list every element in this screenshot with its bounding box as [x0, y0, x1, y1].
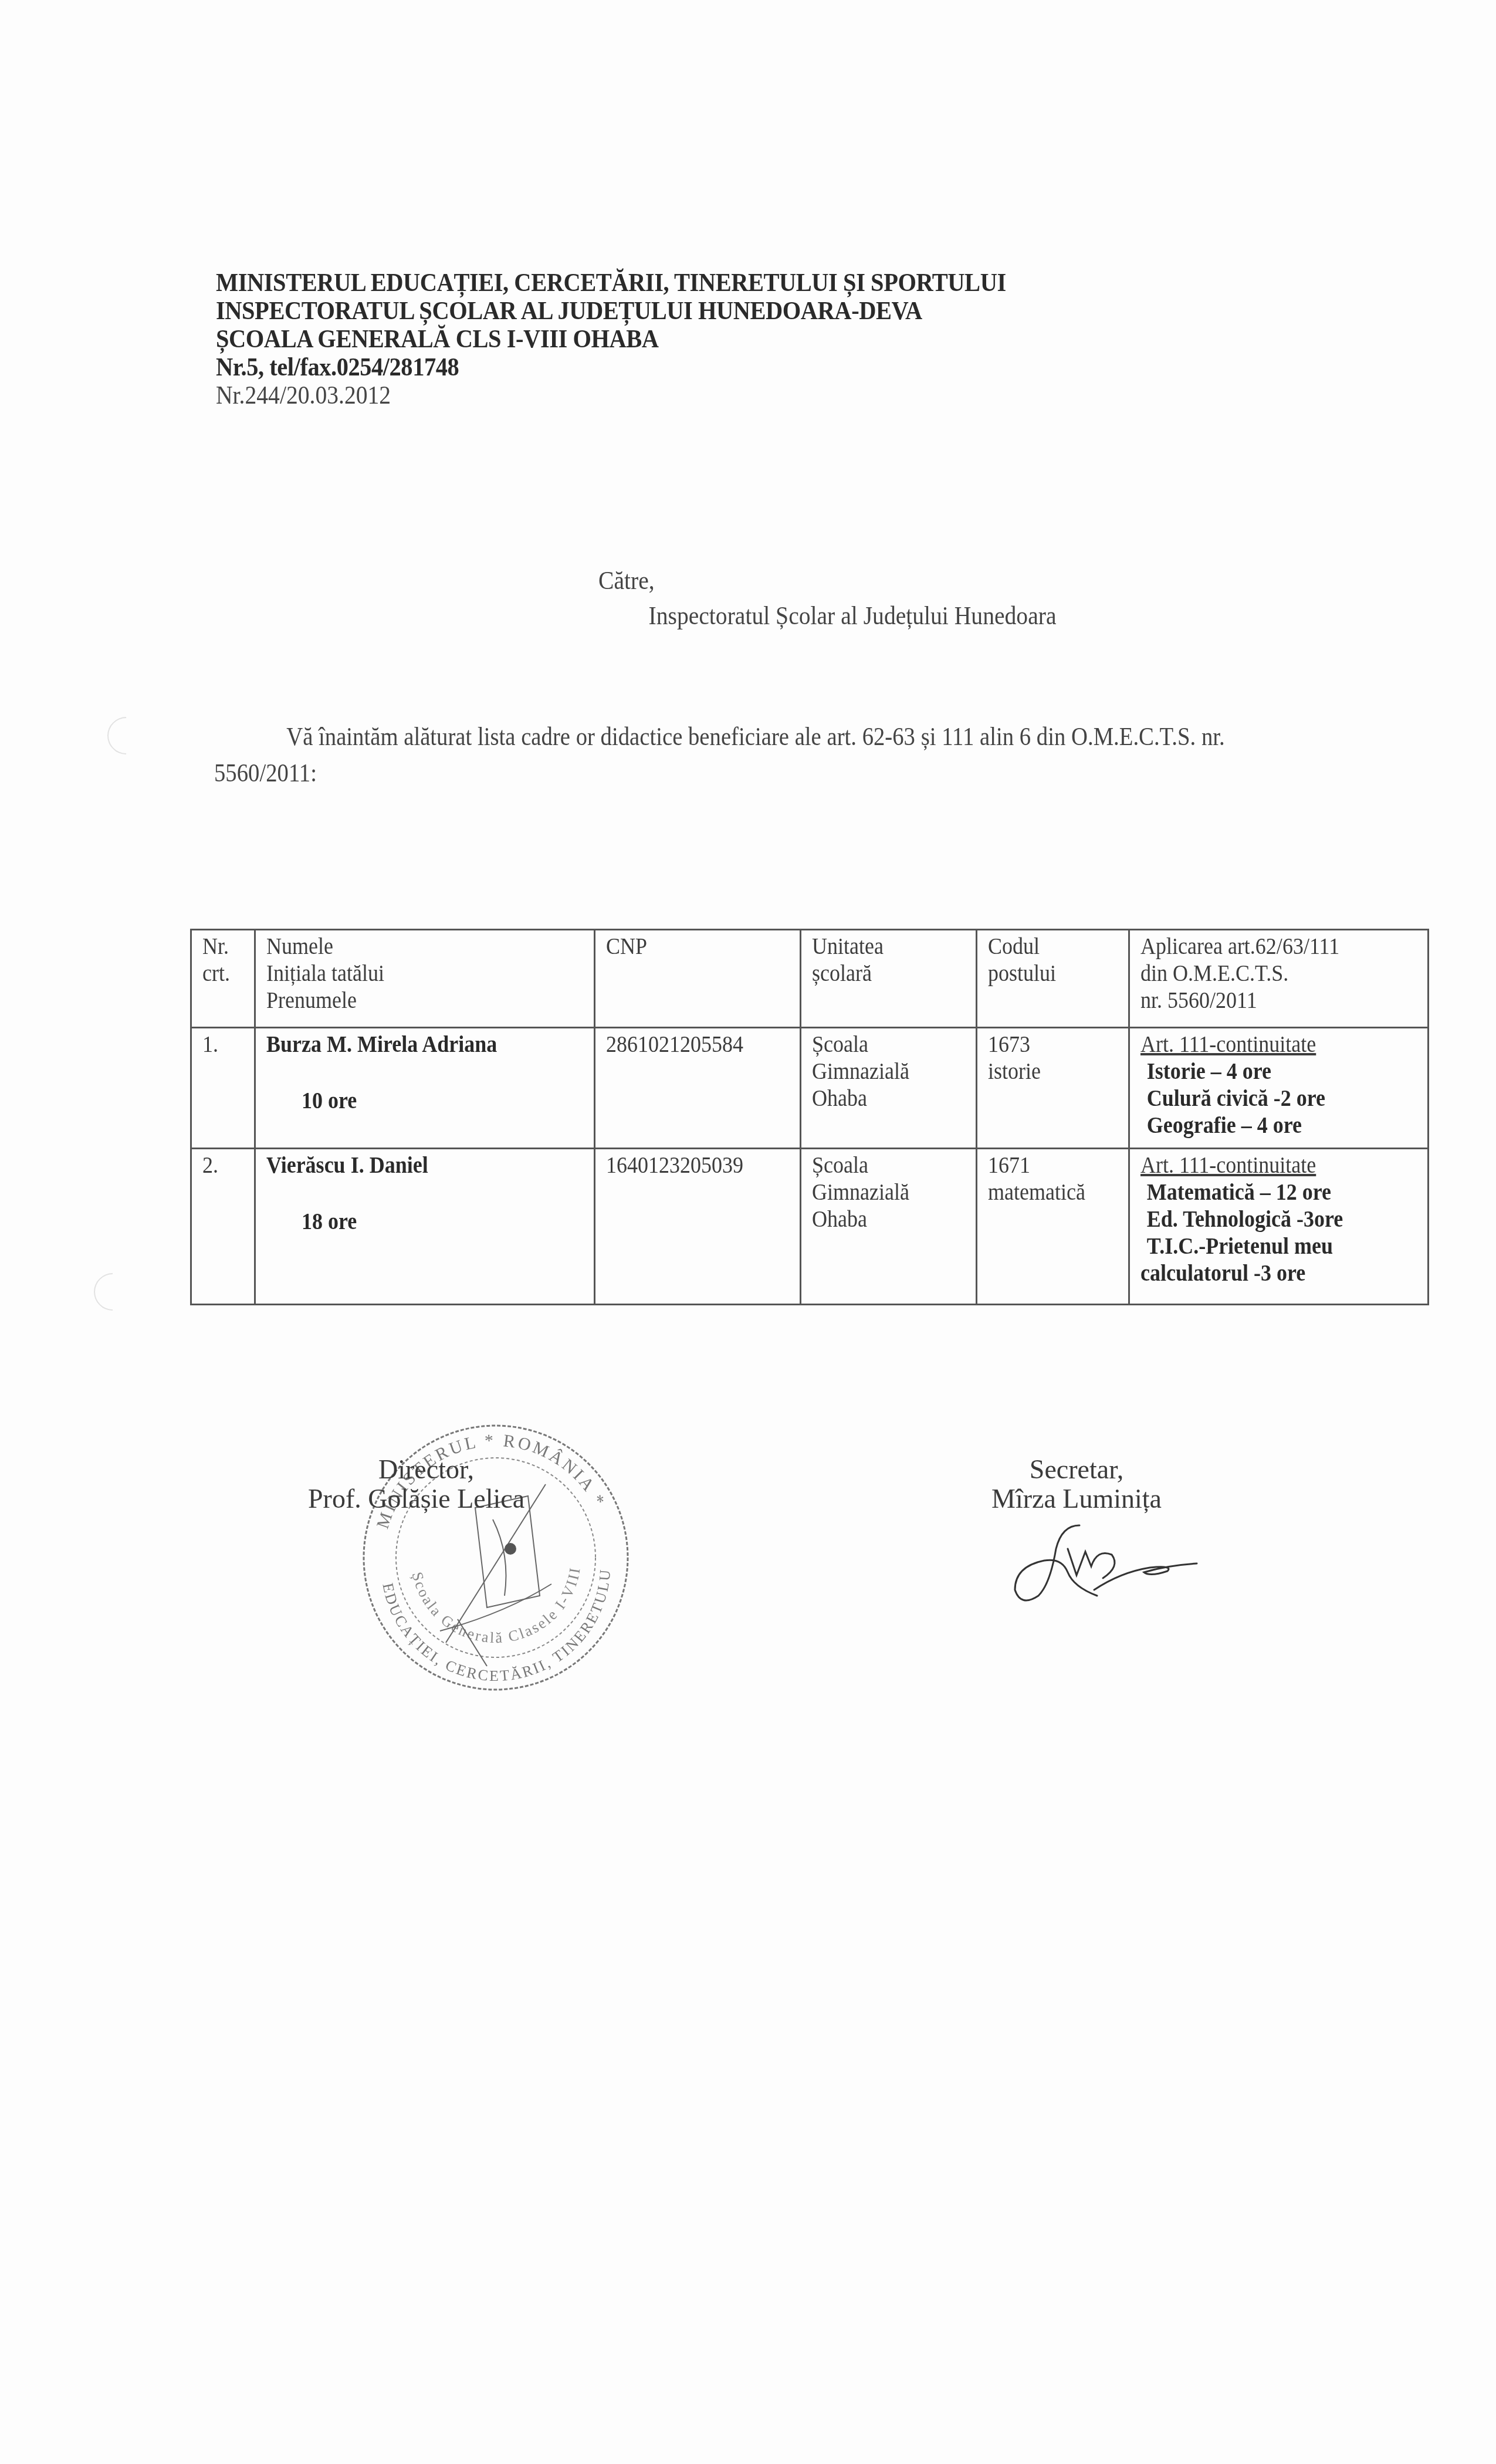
row-nr: 2.: [191, 1149, 255, 1305]
table-row: 1. Burza M. Mirela Adriana 10 ore 286102…: [191, 1028, 1429, 1149]
teachers-table: Nr. crt. Numele Inițiala tatălui Prenume…: [190, 929, 1429, 1305]
teacher-hours: 10 ore: [302, 1087, 357, 1114]
row-cnp: 2861021205584: [595, 1028, 800, 1149]
inspectorate-name: INSPECTORATUL ȘCOLAR AL JUDEȚULUI HUNEDO…: [216, 297, 1006, 325]
row-nr: 1.: [191, 1028, 255, 1149]
registration-number: Nr.244/20.03.2012: [216, 381, 989, 409]
header-name: Numele Inițiala tatălui Prenumele: [255, 930, 595, 1028]
header-unit: Unitatea școlară: [800, 930, 976, 1028]
header-application: Aplicarea art.62/63/111 din O.M.E.C.T.S.…: [1129, 930, 1429, 1028]
handwritten-signature-icon: [997, 1514, 1220, 1607]
recipient-salutation: Către,: [598, 563, 1056, 598]
row-name: Vierăscu I. Daniel 18 ore: [255, 1149, 595, 1305]
row-name: Burza M. Mirela Adriana 10 ore: [255, 1028, 595, 1149]
secretary-role: Secretar,: [991, 1455, 1162, 1484]
school-name: ȘCOALA GENERALĂ CLS I-VIII OHABA: [216, 325, 1006, 353]
secretary-signature-block: Secretar, Mîrza Luminița: [991, 1455, 1162, 1514]
letterhead: MINISTERUL EDUCAȚIEI, CERCETĂRII, TINERE…: [216, 269, 1075, 409]
article-reference: Art. 111-continuitate: [1140, 1031, 1316, 1058]
document-page: MINISTERUL EDUCAȚIEI, CERCETĂRII, TINERE…: [0, 0, 1496, 2464]
row-cnp: 1640123205039: [595, 1149, 800, 1305]
teacher-name: Vierăscu I. Daniel: [266, 1152, 428, 1179]
ministry-name: MINISTERUL EDUCAȚIEI, CERCETĂRII, TINERE…: [216, 269, 1006, 297]
row-unit: Școala Gimnazială Ohaba: [800, 1028, 976, 1149]
letter-body: Vă înaintăm alăturat lista cadre or dida…: [214, 719, 1393, 791]
article-reference: Art. 111-continuitate: [1140, 1152, 1316, 1179]
row-code: 1673 istorie: [976, 1028, 1129, 1149]
row-application: Art. 111-continuitate Matematică – 12 or…: [1129, 1149, 1429, 1305]
secretary-name: Mîrza Luminița: [991, 1484, 1162, 1514]
director-role: Director,: [308, 1455, 524, 1484]
teacher-hours: 18 ore: [302, 1208, 357, 1235]
table-row: 2. Vierăscu I. Daniel 18 ore 16401232050…: [191, 1149, 1429, 1305]
punch-hole-mark: [86, 1265, 140, 1319]
row-application: Art. 111-continuitate Istorie – 4 ore Cu…: [1129, 1028, 1429, 1149]
row-code: 1671 matematică: [976, 1149, 1129, 1305]
table-header-row: Nr. crt. Numele Inițiala tatălui Prenume…: [191, 930, 1429, 1028]
body-line-1: Vă înaintăm alăturat lista cadre or dida…: [214, 719, 1252, 755]
director-name: Prof. Golășie Lelica: [308, 1484, 524, 1514]
body-line-2: 5560/2011:: [214, 755, 1252, 791]
header-cnp: CNP: [595, 930, 800, 1028]
header-nr: Nr. crt.: [191, 930, 255, 1028]
school-contact: Nr.5, tel/fax.0254/281748: [216, 353, 1006, 381]
teacher-name: Burza M. Mirela Adriana: [266, 1031, 497, 1058]
row-unit: Școala Gimnazială Ohaba: [800, 1149, 976, 1305]
director-signature-block: Director, Prof. Golășie Lelica: [308, 1455, 524, 1514]
recipient-block: Către, Inspectoratul Școlar al Județului…: [598, 563, 1107, 634]
punch-hole-mark: [100, 709, 153, 763]
recipient-organization: Inspectoratul Școlar al Județului Hunedo…: [598, 598, 1056, 634]
header-code: Codul postului: [976, 930, 1129, 1028]
